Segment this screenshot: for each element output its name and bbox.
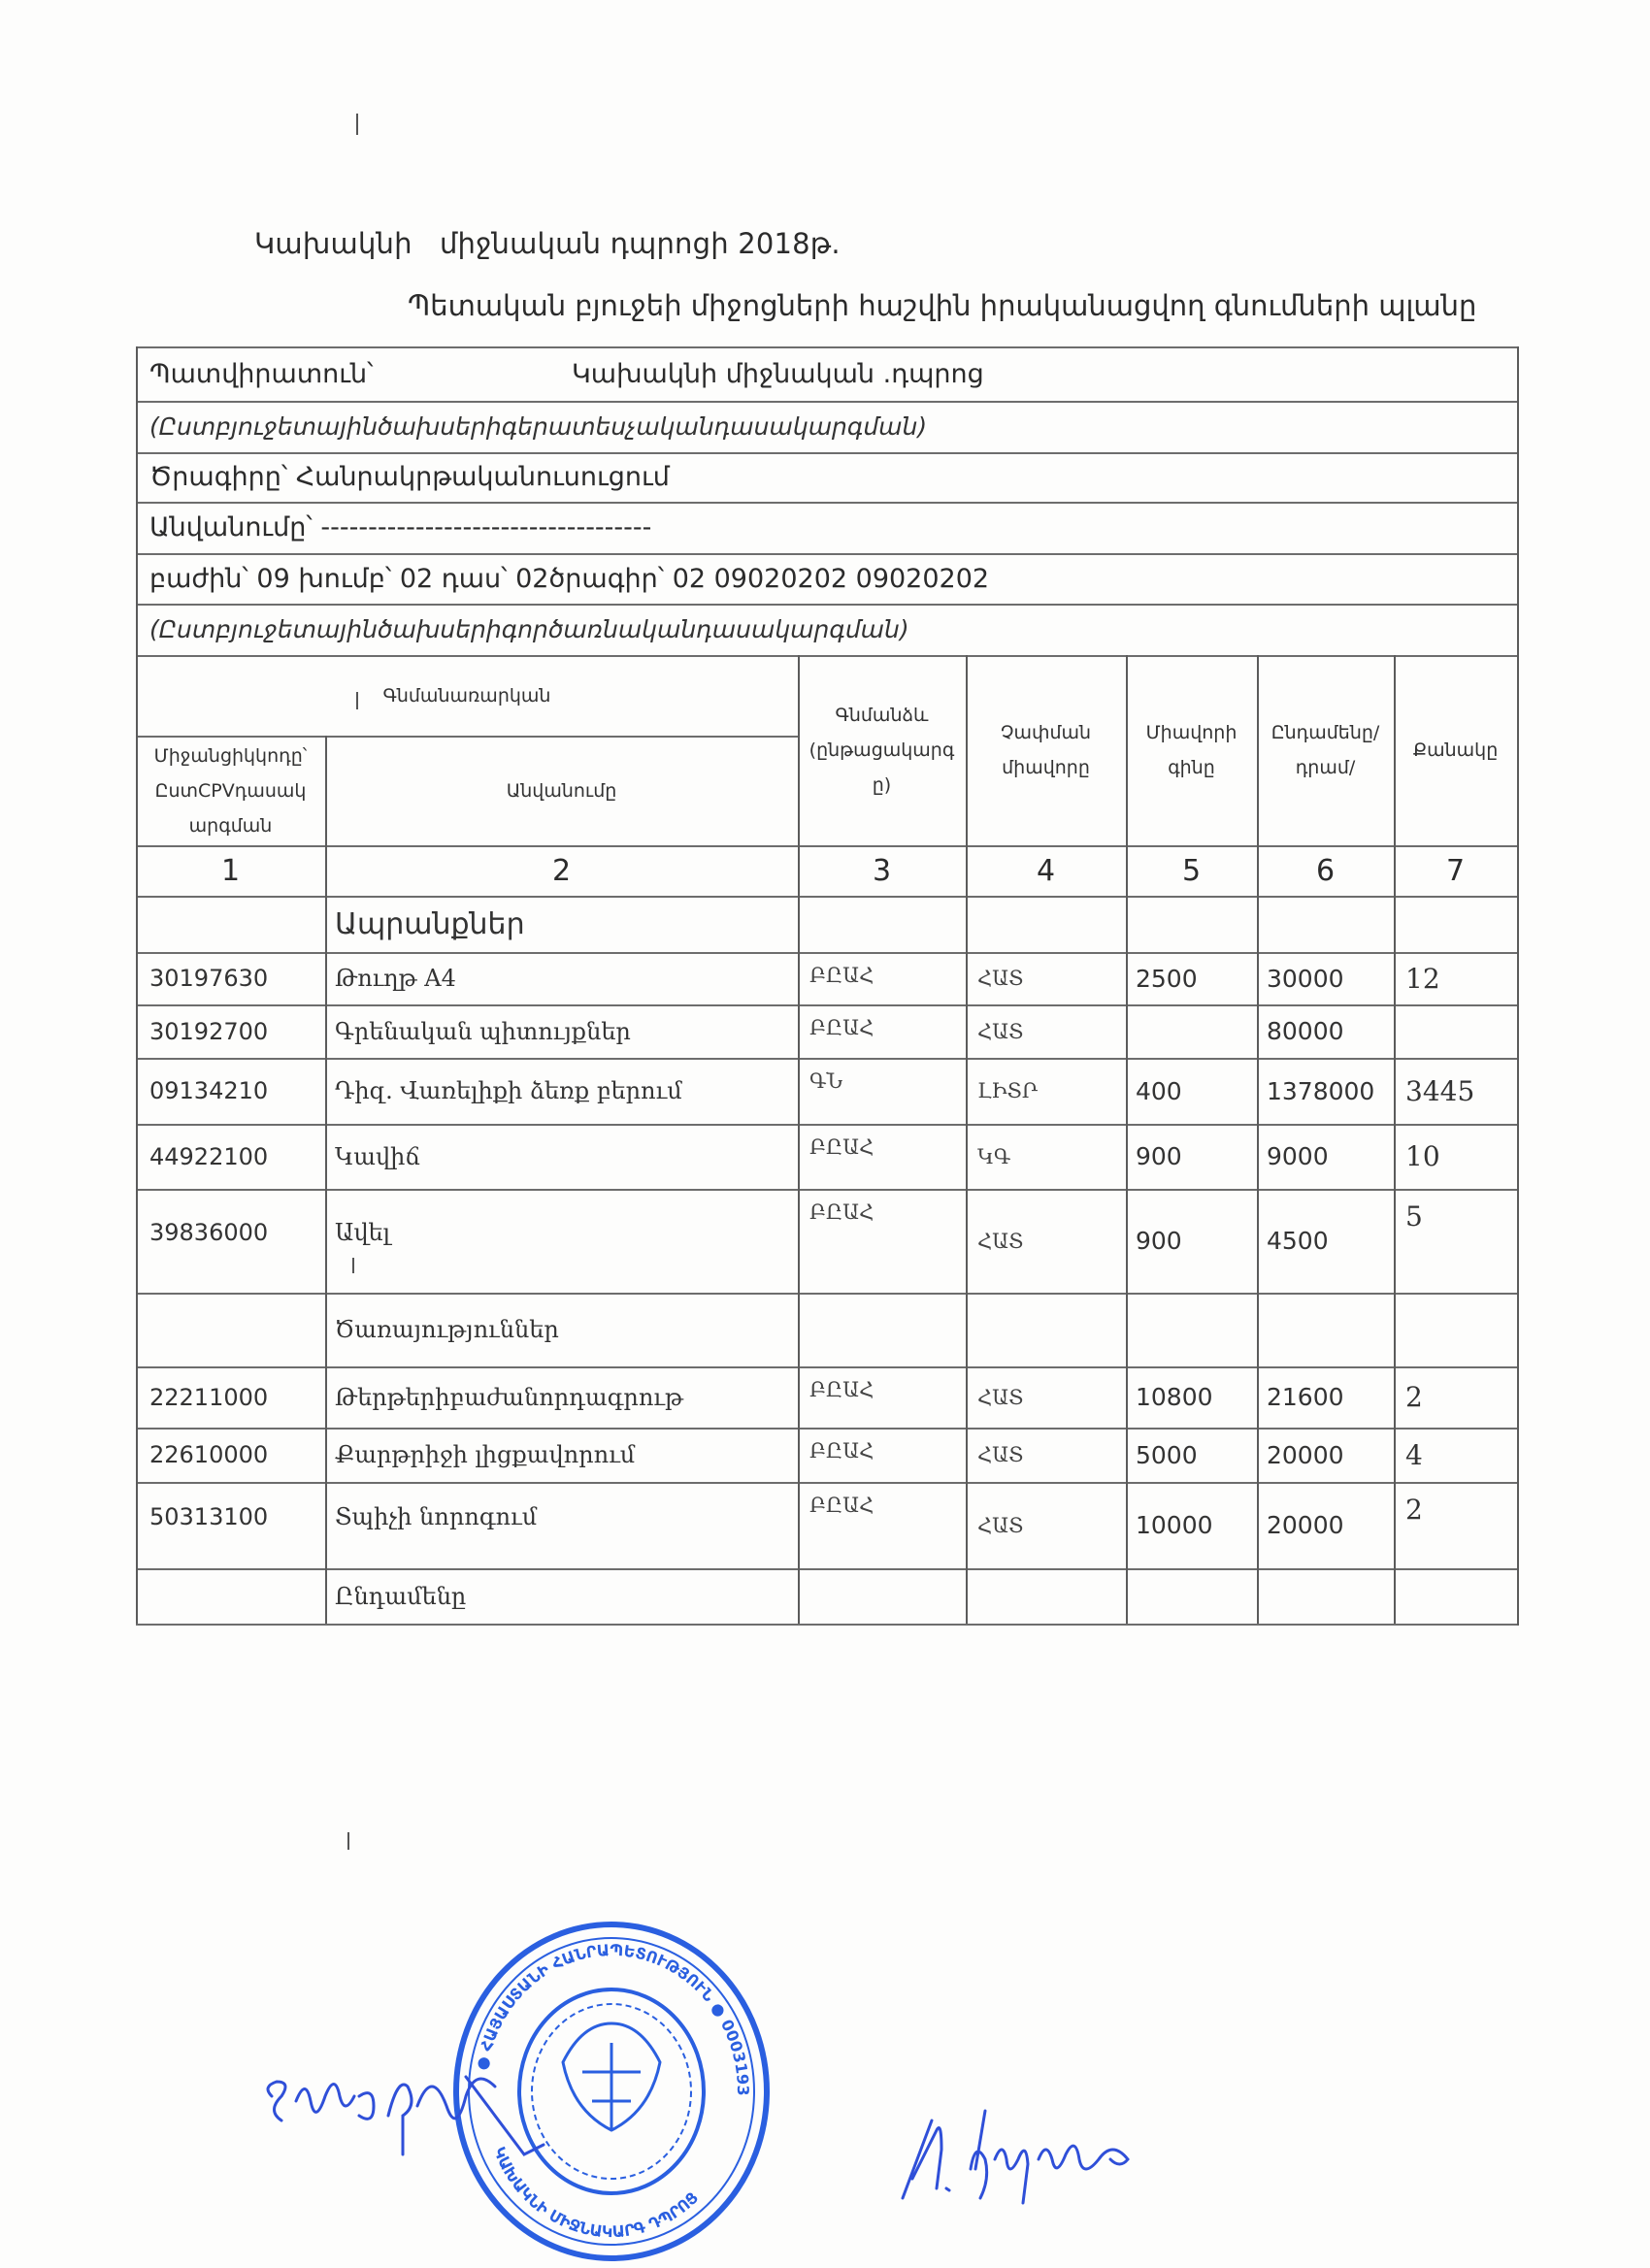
- section-header: Ծառայություններ: [325, 1293, 798, 1366]
- procurement-method: ԳՆ: [798, 1058, 966, 1124]
- table-rule: [136, 1366, 1517, 1368]
- item-name: Անվանումը՝ -----------------------------…: [136, 502, 1517, 553]
- scan-mark: [356, 114, 358, 135]
- classification: բաժին՝ 09 խումբ՝ 02 դաս՝ 02ծրագիր՝ 02 09…: [136, 553, 1517, 604]
- classification-note: (Ըստբյուջետայինծախսերիգործառնականդասակար…: [136, 604, 1517, 655]
- column-header: Չափման միավորը: [966, 655, 1126, 845]
- unit-price: 10800: [1126, 1366, 1257, 1428]
- measure-unit: ՀԱՏ: [966, 1366, 1126, 1428]
- item-name: Կավիճ: [325, 1124, 798, 1189]
- item-name: Դիզ. Վառելիքի ձեռք բերում: [325, 1058, 798, 1124]
- cpv-code: 22211000: [136, 1366, 325, 1428]
- column-header: Քանակը: [1394, 655, 1517, 845]
- table-rule: [136, 1124, 1517, 1126]
- total-amount: 20000: [1257, 1482, 1394, 1568]
- scan-mark: [347, 1832, 349, 1850]
- table-rule: [966, 655, 968, 1624]
- measure-unit: ՀԱՏ: [966, 1189, 1126, 1293]
- unit-price: [1126, 1004, 1257, 1058]
- table-rule: [136, 502, 1517, 504]
- table-rule: [798, 655, 800, 1624]
- column-number: 6: [1257, 845, 1394, 896]
- cpv-code: 22610000: [136, 1428, 325, 1482]
- procurement-method: ԲԸԱՀ: [798, 1124, 966, 1189]
- quantity: 12: [1394, 952, 1517, 1004]
- item-name: Թերթերիբաժանորդագրութ: [325, 1366, 798, 1428]
- measure-unit: ԼԻՏՐ: [966, 1058, 1126, 1124]
- total-amount: 4500: [1257, 1189, 1394, 1293]
- document-title-school: Կախակնի միջնական դպրոցի 2018թ.: [254, 227, 841, 260]
- item-name: Ավել: [325, 1189, 798, 1275]
- quantity: 4: [1394, 1428, 1517, 1482]
- procurement-method: ԲԸԱՀ: [798, 1482, 966, 1568]
- table-rule: [136, 401, 1517, 403]
- cpv-code: 39836000: [136, 1189, 325, 1275]
- cpv-code: 44922100: [136, 1124, 325, 1189]
- total-amount: 20000: [1257, 1428, 1394, 1482]
- table-rule: [136, 896, 1517, 898]
- cpv-code: 30192700: [136, 1004, 325, 1058]
- table-rule: [136, 1189, 1517, 1191]
- table-rule: [136, 1428, 1517, 1430]
- total-amount: 21600: [1257, 1366, 1394, 1428]
- client-value: Կախակնի միջնական .դպրոց: [558, 346, 1517, 401]
- table-rule: [136, 346, 138, 1624]
- measure-unit: ԿԳ: [966, 1124, 1126, 1189]
- table-rule: [136, 1004, 1517, 1006]
- unit-price: 2500: [1126, 952, 1257, 1004]
- quantity: 10: [1394, 1124, 1517, 1189]
- measure-unit: ՀԱՏ: [966, 1004, 1126, 1058]
- table-rule: [1394, 655, 1396, 1624]
- item-name: Թուղթ A4: [325, 952, 798, 1004]
- column-header: Ընդամենը/ դրամ/: [1257, 655, 1394, 845]
- principal-signature: [893, 2091, 1223, 2227]
- item-name: Տպիչի նորոգում: [325, 1482, 798, 1551]
- table-rule: [136, 952, 1517, 954]
- section-header: Ապրանքներ: [325, 896, 798, 952]
- unit-price: 10000: [1126, 1482, 1257, 1568]
- table-rule: [136, 1293, 1517, 1295]
- table-rule: [136, 346, 1517, 348]
- item-name: Գրենական պիտույքներ: [325, 1004, 798, 1058]
- cpv-code: 09134210: [136, 1058, 325, 1124]
- table-rule: [136, 1058, 1517, 1060]
- table-rule: [1126, 655, 1128, 1624]
- column-number: 1: [136, 845, 325, 896]
- director-signature: [262, 2057, 553, 2164]
- procurement-method: ԲԸԱՀ: [798, 1004, 966, 1058]
- column-number: 7: [1394, 845, 1517, 896]
- column-header: Միավորի գինը: [1126, 655, 1257, 845]
- column-number: 2: [325, 845, 798, 896]
- measure-unit: ՀԱՏ: [966, 1428, 1126, 1482]
- client-note: (Ըստբյուջետայինծախսերիգերատեսչականդասակա…: [136, 401, 1517, 452]
- item-name: Քարթրիջի լիցքավորում: [325, 1428, 798, 1482]
- procurement-method: ԲԸԱՀ: [798, 952, 966, 1004]
- table-rule: [136, 1568, 1517, 1570]
- unit-price: 5000: [1126, 1428, 1257, 1482]
- program: Ծրագիրը՝ Հանրակրթականուսուցում: [136, 452, 1517, 502]
- quantity: 5: [1394, 1189, 1517, 1293]
- group-header: Գնմանառարկան: [136, 655, 798, 736]
- unit-price: 900: [1126, 1124, 1257, 1189]
- column-number: 5: [1126, 845, 1257, 896]
- quantity: 3445: [1394, 1058, 1517, 1124]
- cpv-code: 30197630: [136, 952, 325, 1004]
- measure-unit: ՀԱՏ: [966, 1482, 1126, 1568]
- unit-price: 900: [1126, 1189, 1257, 1293]
- quantity: 2: [1394, 1482, 1517, 1568]
- total-amount: 1378000: [1257, 1058, 1394, 1124]
- total-label: Ընդամենը: [325, 1568, 798, 1624]
- table-rule: [136, 1482, 1517, 1484]
- table-rule: [136, 1624, 1517, 1626]
- total-amount: 9000: [1257, 1124, 1394, 1189]
- table-rule: [136, 604, 1517, 606]
- column-number: 4: [966, 845, 1126, 896]
- procurement-method: ԲԸԱՀ: [798, 1366, 966, 1428]
- procurement-method: ԲԸԱՀ: [798, 1428, 966, 1482]
- table-rule: [136, 452, 1517, 454]
- table-rule: [325, 736, 327, 1624]
- document-title-plan: Պետական բյուջեի միջոցների հաշվին իրականա…: [408, 289, 1476, 322]
- total-amount: 30000: [1257, 952, 1394, 1004]
- cpv-code: 50313100: [136, 1482, 325, 1551]
- column-number: 3: [798, 845, 966, 896]
- quantity: [1394, 1004, 1517, 1058]
- table-rule: [1257, 655, 1259, 1624]
- measure-unit: ՀԱՏ: [966, 952, 1126, 1004]
- procurement-method: ԲԸԱՀ: [798, 1189, 966, 1293]
- unit-price: 400: [1126, 1058, 1257, 1124]
- table-rule: [1517, 346, 1519, 1626]
- column-header: Գնմանձև (ընթացակարգ ը): [798, 655, 966, 845]
- column-header: Անվանումը: [325, 736, 798, 845]
- table-rule: [136, 553, 1517, 555]
- column-header: Միջանցիկկոդը՝ ԸստCPVդասակ արգման: [136, 736, 325, 845]
- quantity: 2: [1394, 1366, 1517, 1428]
- total-amount: 80000: [1257, 1004, 1394, 1058]
